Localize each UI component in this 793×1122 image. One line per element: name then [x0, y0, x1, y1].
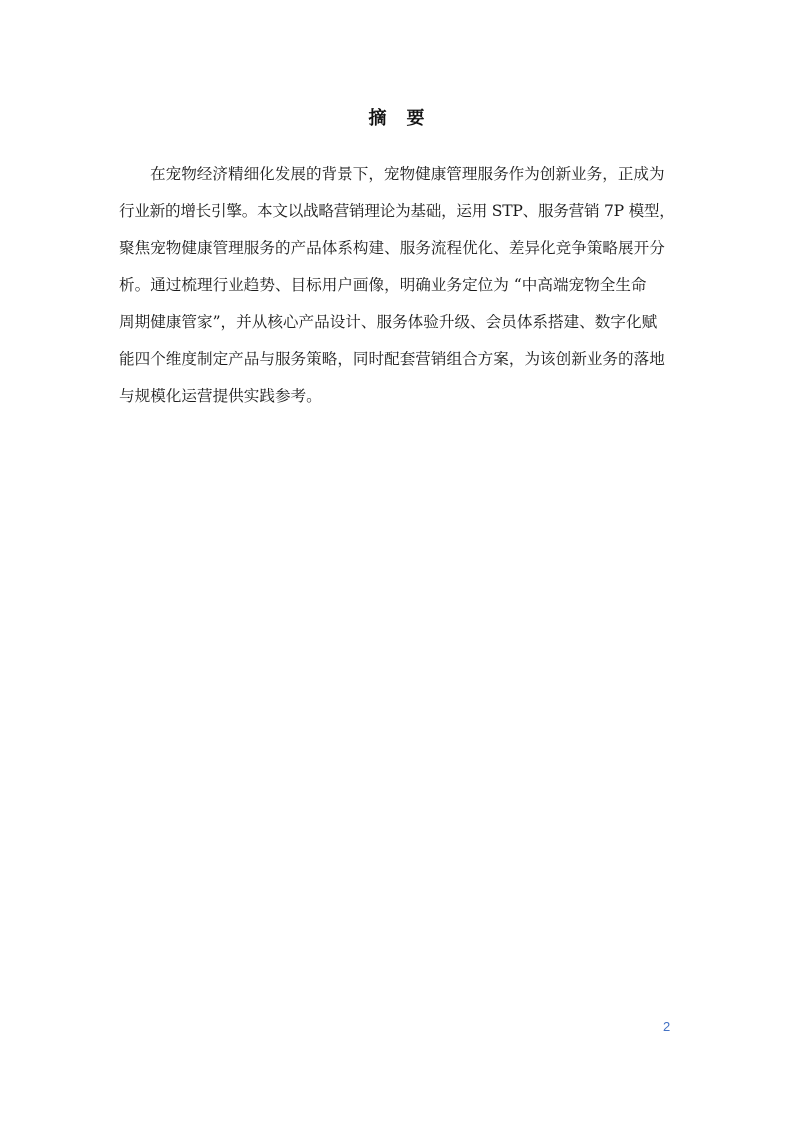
abstract-heading: 摘要 — [0, 104, 793, 130]
heading-char-2: 要 — [407, 104, 425, 130]
abstract-line-7: 与规模化运营提供实践参考。 — [119, 385, 675, 407]
heading-char-1: 摘 — [369, 104, 387, 130]
abstract-line-3: 聚焦宠物健康管理服务的产品体系构建、服务流程优化、差异化竞争策略展开分 — [119, 237, 675, 259]
abstract-line-4: 析。通过梳理行业趋势、目标用户画像，明确业务定位为 “中高端宠物全生命 — [119, 274, 675, 296]
abstract-line-1: 在宠物经济精细化发展的背景下，宠物健康管理服务作为创新业务，正成为 — [150, 163, 675, 185]
abstract-line-2: 行业新的增长引擎。本文以战略营销理论为基础，运用 STP、服务营销 7P 模型， — [119, 200, 675, 222]
page-number: 2 — [663, 1019, 670, 1034]
abstract-line-6: 能四个维度制定产品与服务策略，同时配套营销组合方案，为该创新业务的落地 — [119, 348, 675, 370]
abstract-line-5: 周期健康管家”，并从核心产品设计、服务体验升级、会员体系搭建、数字化赋 — [119, 311, 675, 333]
document-page: 摘要 在宠物经济精细化发展的背景下，宠物健康管理服务作为创新业务，正成为 行业新… — [0, 0, 793, 1122]
